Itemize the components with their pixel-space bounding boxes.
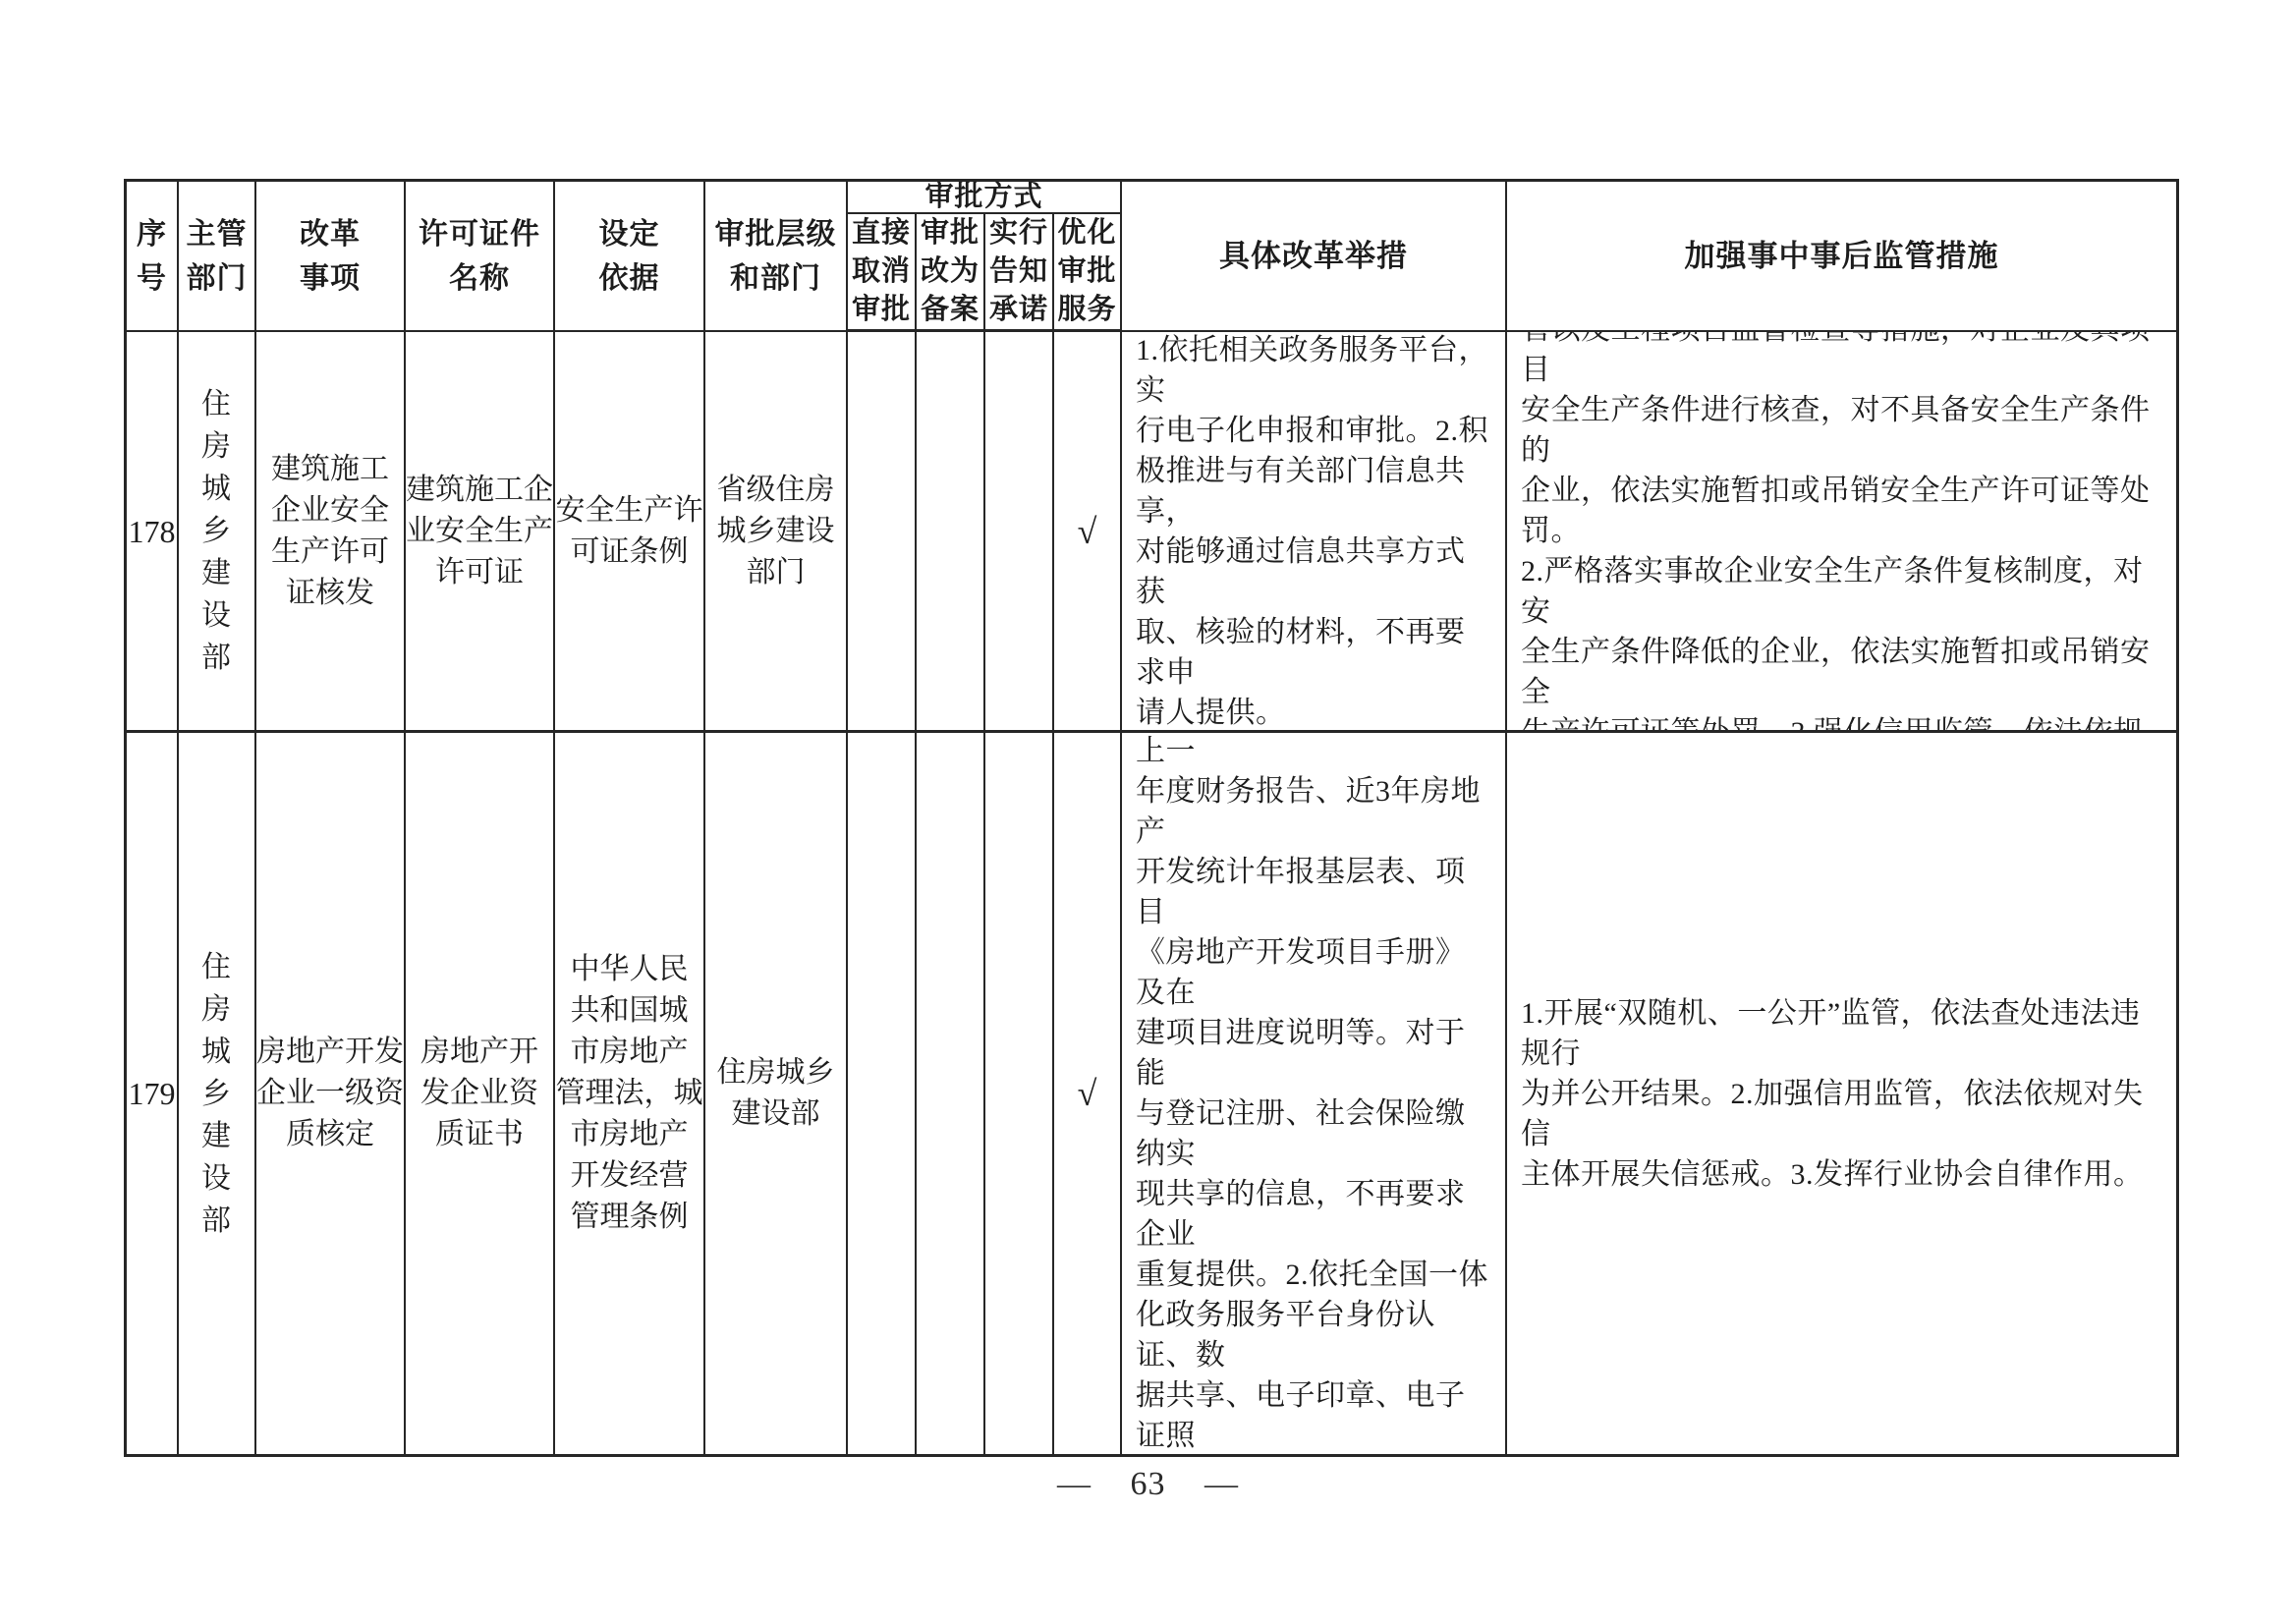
col-header-mode-filing: 审批 改为 备案 <box>917 214 985 332</box>
mode-filing-cell <box>917 332 985 733</box>
row-measures: 1.依托相关政务服务平台，实 行电子化申报和审批。2.积 极推进与有关部门信息共… <box>1122 332 1507 733</box>
mode-optimize-checkmark: √ <box>1054 332 1122 733</box>
page-number: — 63 — <box>0 1466 2296 1503</box>
mode-commitment-cell <box>985 733 1054 1454</box>
mode-cancel-cell <box>848 733 917 1454</box>
col-header-approval-level: 审批层级 和部门 <box>705 182 848 332</box>
document-page: { "page": { "footer": "— 63 —" }, "table… <box>0 0 2296 1624</box>
row-reform-item: 建筑施工 企业安全 生产许可 证核发 <box>256 332 406 733</box>
col-header-license-name: 许可证件 名称 <box>406 182 555 332</box>
approval-reform-table: 序 号 主管 部门 改革 事项 许可证件 名称 设定 依据 审批层级 和部门 审… <box>124 179 2179 1457</box>
col-header-dept: 主管 部门 <box>179 182 256 332</box>
mode-optimize-checkmark: √ <box>1054 733 1122 1454</box>
col-header-mode-commitment: 实行 告知 承诺 <box>985 214 1054 332</box>
row-seq: 178 <box>127 332 179 733</box>
col-header-mode-optimize: 优化 审批 服务 <box>1054 214 1122 332</box>
row-dept: 住 房 城 乡 建 设 部 <box>179 733 256 1454</box>
row-license-name: 建筑施工企 业安全生产 许可证 <box>406 332 555 733</box>
col-header-basis: 设定 依据 <box>555 182 705 332</box>
row-seq: 179 <box>127 733 179 1454</box>
row-supervision: 1.开展“双随机、一公开”监管，依法查处违法违规行 为并公开结果。2.加强信用监… <box>1507 733 2176 1454</box>
row-approval-level: 省级住房 城乡建设 部门 <box>705 332 848 733</box>
row-measures: 1.精简申报材料，不再要求申 请人提供法定代表人和高级 管理人员任职文件、身份证… <box>1122 733 1507 1454</box>
col-header-supervision: 加强事中事后监管措施 <box>1507 182 2176 332</box>
row-basis: 安全生产许 可证条例 <box>555 332 705 733</box>
row-basis: 中华人民 共和国城 市房地产 管理法，城 市房地产 开发经营 管理条例 <box>555 733 705 1454</box>
col-header-mode-cancel: 直接 取消 审批 <box>848 214 917 332</box>
row-reform-item: 房地产开发 企业一级资 质核定 <box>256 733 406 1454</box>
mode-cancel-cell <box>848 332 917 733</box>
mode-filing-cell <box>917 733 985 1454</box>
col-header-seq: 序 号 <box>127 182 179 332</box>
col-header-measures: 具体改革举措 <box>1122 182 1507 332</box>
row-supervision: 1.通过开展电子化核验、企业安全生产条件动态监 管以及工程项目监督检查等措施，对… <box>1507 332 2176 733</box>
col-header-approval-mode-group: 审批方式 <box>848 182 1122 214</box>
col-header-reform-item: 改革 事项 <box>256 182 406 332</box>
mode-commitment-cell <box>985 332 1054 733</box>
row-approval-level: 住房城乡 建设部 <box>705 733 848 1454</box>
row-dept: 住 房 城 乡 建 设 部 <box>179 332 256 733</box>
row-license-name: 房地产开 发企业资 质证书 <box>406 733 555 1454</box>
